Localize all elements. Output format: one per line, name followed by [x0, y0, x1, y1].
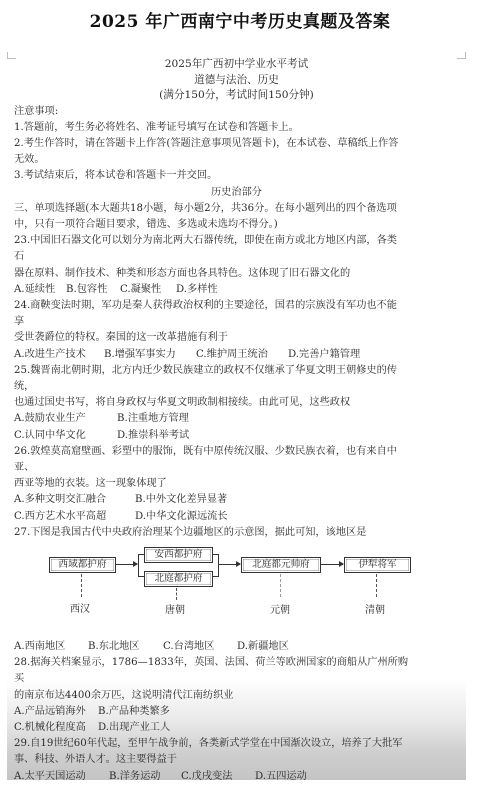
question-29: 29.自19世纪60年代起，至甲午战争前，各类新式学堂在中国渐次设立，培养了大批… [14, 736, 459, 785]
dashed-connector [81, 574, 82, 597]
notice-item: 3.考试结束后，将本试卷和答题卡一并交回。 [14, 168, 459, 184]
question-stem: 26.敦煌莫高窟壁画、彩塑中的服饰，既有中原传统汉服、少数民族衣着，也有来自中 [14, 444, 459, 460]
question-stem: 28.据海关档案显示，1786—1833年，英国、法国、荷兰等欧洲国家的商船从广… [14, 655, 459, 671]
era-label-qing: 清朝 [365, 603, 385, 619]
option-a: A.多种文明交汇融合 [14, 492, 135, 508]
options-row: C.认同中华文化 D.推崇科举考试 [14, 428, 459, 444]
question-24: 24.商鞅变法时期，军功是秦人获得政治权利的主要途径，国君的宗族没有军功也不能 … [14, 298, 459, 363]
diagram-box-beiting-tang: 北庭都护府 [144, 571, 213, 587]
arrow-icon [115, 564, 137, 565]
options-row: A.延续性 B.包容性 C.凝聚性 D.多样性 [14, 282, 459, 298]
era-label-tang: 唐朝 [165, 603, 185, 619]
option-b: B.中外文化差异显著 [135, 492, 227, 508]
option-b: B.包容性 [66, 282, 120, 298]
question-stem: 石 [14, 249, 459, 265]
option-a: A.延续性 [14, 282, 66, 298]
question-stem: 器在原料、制作技术、种类和形态方面也各具特色。这体现了旧石器文化的 [14, 266, 459, 282]
question-stem: 受世袭爵位的特权。秦国的这一改革措施有利于 [14, 330, 459, 346]
option-d: D.推崇科举考试 [117, 428, 189, 444]
question-26: 26.敦煌莫高窟壁画、彩塑中的服饰，既有中原传统汉服、少数民族衣着，也有来自中 … [14, 444, 459, 525]
options-row: A.产品远销海外 B.产品种类繁多 [14, 704, 459, 720]
question-27: 27.下图是我国古代中央政府治理某个边疆地区的示意图，据此可知，该地区是 西域都… [14, 525, 459, 655]
era-label-yuan: 元朝 [270, 603, 290, 619]
arrow-icon [320, 564, 343, 565]
question-stem: 享 [14, 314, 459, 330]
question-stem: 的南京布达4400余万匹，这说明清代江南纺织业 [14, 688, 459, 704]
option-d: D.新疆地区 [237, 639, 289, 655]
question-stem: 27.下图是我国古代中央政府治理某个边疆地区的示意图，据此可知，该地区是 [14, 525, 459, 541]
question-25: 25.魏晋南北朝时期，北方内迁少数民族建立的政权不仅继承了华夏文明王朝修史的传 … [14, 363, 459, 444]
option-a: A.产品远销海外 [14, 704, 98, 720]
option-a: A.鼓励农业生产 [14, 411, 117, 427]
question-stem: 亚、 [14, 460, 459, 476]
option-d: D.多样性 [176, 282, 218, 298]
question-stem: 23.中国旧石器文化可以划分为南北两大石器传统，即使在南方或北方地区内部，各类 [14, 233, 459, 249]
arrow-icon [218, 564, 240, 565]
options-row: A.鼓励农业生产 B.注重地方管理 [14, 411, 459, 427]
exam-content: 2025年广西初中学业水平考试 道德与法治、历史 (满分150分，考试时间150… [14, 52, 459, 785]
section-instructions: 三、单项选择题(本大题共18小题，每小题2分，共36分。在每小题列出的四个备选项 [14, 201, 459, 217]
option-c: C.凝聚性 [120, 282, 176, 298]
question-23: 23.中国旧石器文化可以划分为南北两大石器传统，即使在南方或北方地区内部，各类 … [14, 233, 459, 298]
question-stem: 24.商鞅变法时期，军功是秦人获得政治权利的主要途径，国君的宗族没有军功也不能 [14, 298, 459, 314]
options-row: A.西南地区 B.东北地区 C.台湾地区 D.新疆地区 [14, 639, 459, 655]
option-c: C.台湾地区 [163, 639, 237, 655]
diagram-box-yili: 伊犁将军 [344, 557, 411, 573]
section-title: 历史治部分 [14, 185, 459, 201]
question-stem: 统， [14, 379, 459, 395]
question-stem: 事、科技、外语人才。这主要得益于 [14, 752, 459, 768]
option-d: D.出现产业工人 [98, 720, 170, 736]
option-a: A.改进生产技术 [14, 347, 104, 363]
option-b: B.产品种类繁多 [98, 704, 170, 720]
option-a: A.西南地区 [14, 639, 88, 655]
options-row: A.太平天国运动 B.洋务运动 C.戊戌变法 D.五四运动 [14, 769, 459, 785]
option-b: B.增强军事实力 [104, 347, 196, 363]
option-a: A.太平天国运动 [14, 769, 109, 785]
option-d: D.完善户籍管理 [288, 347, 360, 363]
notice-item: 2.考生作答时，请在答题卡上作答(答题注意事项见答题卡)，在本试卷、草稿纸上作答 [14, 136, 459, 152]
options-row: C.西方艺术水平高超 D.中华文化源远流长 [14, 509, 459, 525]
question-stem: 25.魏晋南北朝时期，北方内迁少数民族建立的政权不仅继承了华夏文明王朝修史的传 [14, 363, 459, 379]
option-b: B.东北地区 [88, 639, 163, 655]
question-stem: 也通过国史书写，将自身政权与华夏文明政制相接续。由此可见，这些政权 [14, 395, 459, 411]
option-c: C.维护周王统治 [196, 347, 288, 363]
bracket-right [212, 554, 219, 577]
era-label-xihan: 西汉 [70, 602, 90, 618]
options-row: A.多种文明交汇融合 B.中外文化差异显著 [14, 492, 459, 508]
options-row: A.改进生产技术 B.增强军事实力 C.维护周王统治 D.完善户籍管理 [14, 347, 459, 363]
section-instructions: 中，只有一项符合题目要求，错选、多选或未选均不得分。) [14, 217, 459, 233]
notice-heading: 注意事项: [14, 104, 459, 120]
exam-score-time: (满分150分，考试时间150分钟) [14, 88, 459, 104]
option-c: C.机械化程度高 [14, 720, 98, 736]
page-title: 2025 年广西南宁中考历史真题及答案 [0, 7, 480, 32]
notice-item: 无效。 [14, 152, 459, 168]
dashed-connector [280, 574, 281, 597]
diagram-box-anxi: 安西都护府 [144, 547, 213, 563]
dashed-connector [376, 574, 377, 597]
dashed-connector [176, 588, 177, 600]
option-c: C.戊戌变法 [181, 769, 255, 785]
option-c: C.西方艺术水平高超 [14, 509, 135, 525]
option-b: B.注重地方管理 [117, 411, 189, 427]
diagram-box-xiyu: 西域都护府 [49, 557, 116, 573]
option-d: D.中华文化源远流长 [135, 509, 228, 525]
scanned-exam-page: 2025年广西初中学业水平考试 道德与法治、历史 (满分150分，考试时间150… [7, 52, 466, 780]
exam-subject: 道德与法治、历史 [14, 73, 459, 89]
option-d: D.五四运动 [255, 769, 307, 785]
question-stem: 29.自19世纪60年代起，至甲午战争前，各类新式学堂在中国渐次设立，培养了大批… [14, 736, 459, 752]
question-stem: 买 [14, 671, 459, 687]
question-stem: 西亚等地的衣装。这一现象体现了 [14, 476, 459, 492]
option-c: C.认同中华文化 [14, 428, 117, 444]
option-b: B.洋务运动 [109, 769, 181, 785]
diagram-box-beiting-yuan: 北庭都元帅府 [241, 557, 321, 573]
question-28: 28.据海关档案显示，1786—1833年，英国、法国、荷兰等欧洲国家的商船从广… [14, 655, 459, 736]
exam-title: 2025年广西初中学业水平考试 [14, 57, 459, 73]
notice-item: 1.答题前，考生务必将姓名、准考证号填写在试卷和答题卡上。 [14, 120, 459, 136]
options-row: C.机械化程度高 D.出现产业工人 [14, 720, 459, 736]
frontier-administration-diagram: 西域都护府 安西都护府 北庭都护府 北庭都元帅府 伊犁将军 西汉 唐朝 元朝 清… [14, 541, 459, 641]
